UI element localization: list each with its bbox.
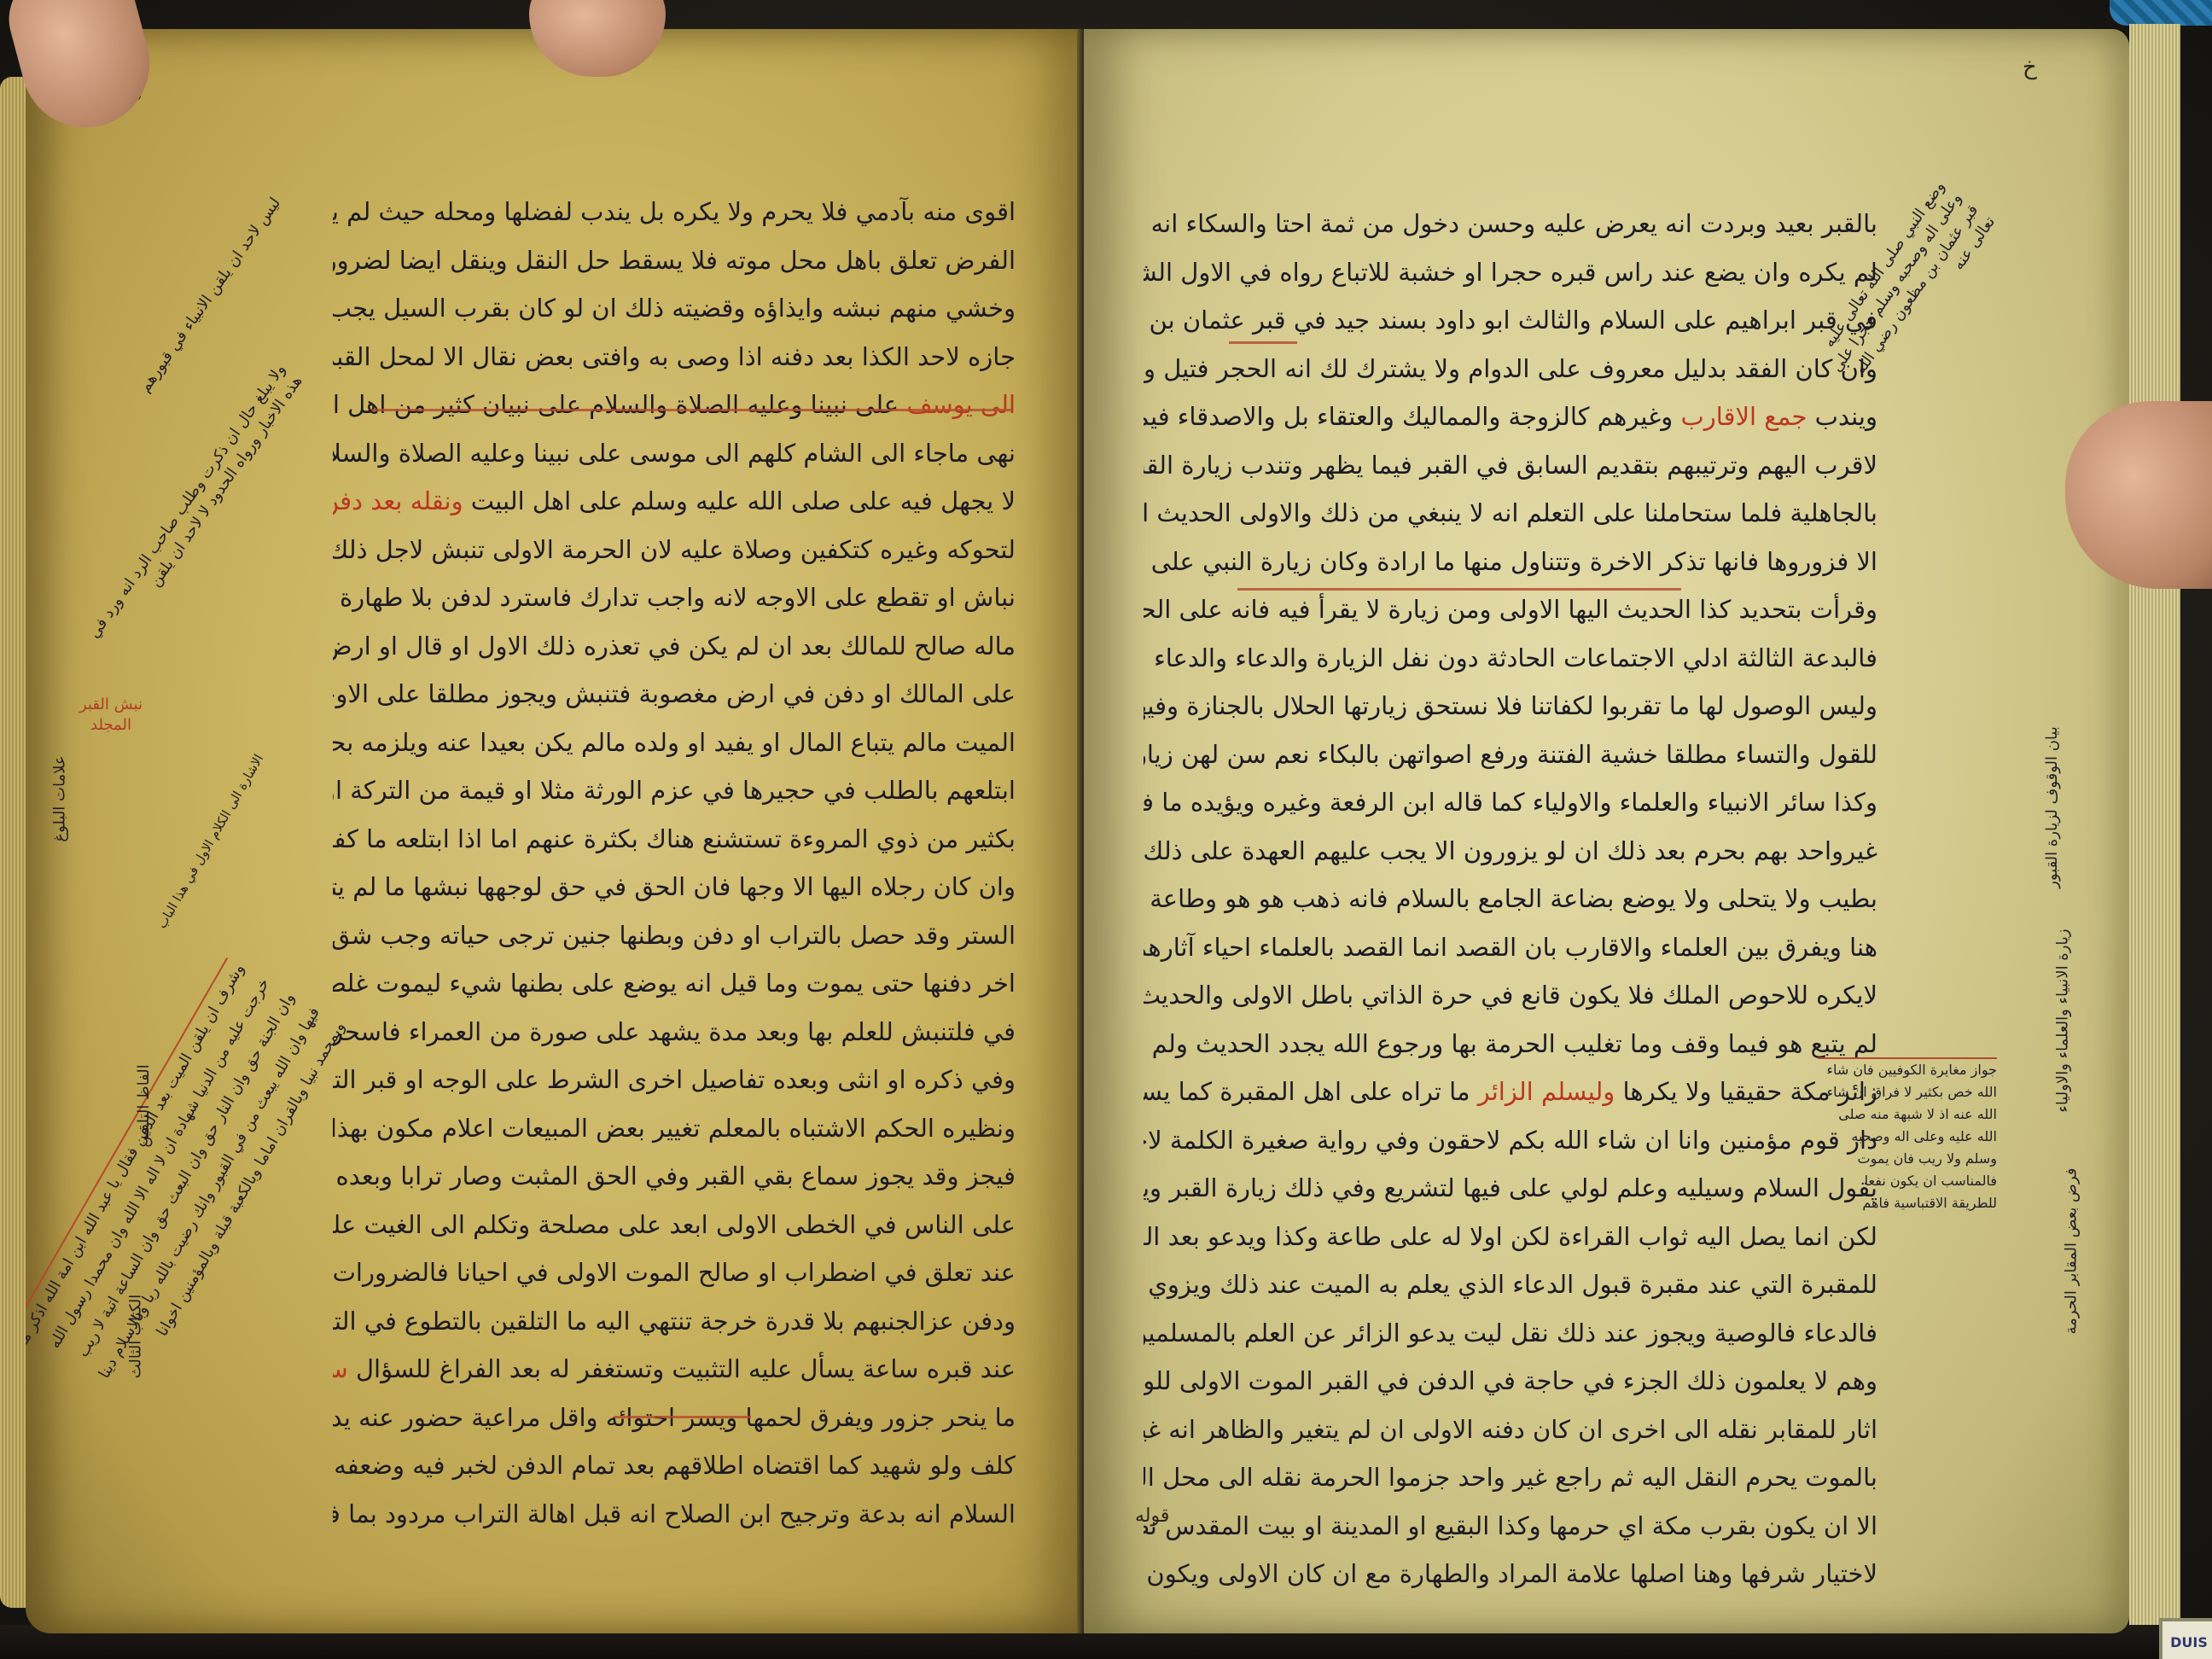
rubric-rule bbox=[1229, 341, 1297, 344]
margin-note: الكتاب الثالث bbox=[125, 1295, 146, 1379]
manuscript-line: زائر مكة حقيقيا ولا يكرها وليسلم الزائر … bbox=[1144, 1068, 1877, 1116]
rubric-rule bbox=[371, 409, 1011, 411]
margin-note: الفاظ التلقين bbox=[134, 1064, 154, 1148]
manuscript-line: لم يتبع هو فيما وقف وما تغليب الحرمة بها… bbox=[1144, 1020, 1877, 1068]
manuscript-line: غيرواحد بهم بحرم بعد ذلك ان لو يزورون ال… bbox=[1144, 827, 1877, 876]
manuscript-line: بطيب ولا يتحلى ولا يوضع بضاعة الجامع بال… bbox=[1144, 875, 1877, 923]
manuscript-line: ابتلعهم بالطلب في حجيرها في عزم الورثة م… bbox=[333, 766, 1016, 815]
right-page: خ قوله بالقبر بعيد وبردت انه يعرض عليه و… bbox=[1084, 29, 2129, 1633]
manuscript-line: السلام انه بدعة وترجيح ابن الصلاح انه قب… bbox=[333, 1490, 1016, 1539]
margin-note: ليس لاحد ان يلقن الانبياء في قبورهم bbox=[135, 194, 285, 397]
left-text-block: اقوى منه بآدمي فلا يحرم ولا يكره بل يندب… bbox=[333, 188, 1016, 1538]
manuscript-line: وان كان رجلاه اليها الا وجها فان الحق في… bbox=[333, 863, 1016, 911]
manuscript-line: وفي ذكره او انثى وبعده تفاصيل اخرى الشرط… bbox=[333, 1056, 1016, 1104]
manuscript-line: للمقبرة التي عند مقبرة قبول الدعاء الذي … bbox=[1144, 1260, 1877, 1309]
rubric: ساعة يسال الله له التثبيت bbox=[333, 1354, 356, 1383]
manuscript-line: بالجاهلية فلما ستحاملنا على التعلم انه ل… bbox=[1144, 489, 1877, 538]
manuscript-line: لا يجهل فيه على صلى الله عليه وسلم على ا… bbox=[333, 477, 1016, 526]
manuscript-line: هنا ويفرق بين العلماء والاقارب بان القصد… bbox=[1144, 923, 1877, 972]
margin-note-block: جواز مغايرة الكوفيين فان شاء الله خص بكث… bbox=[1818, 1057, 1997, 1214]
manuscript-line: ويندب جمع الاقارب وغيرهم كالزوجة والممال… bbox=[1144, 393, 1877, 441]
manuscript-line: ودفن عزالجنبهم بلا قدرة خرجة تنتهي اليه … bbox=[333, 1297, 1016, 1346]
margin-note: علامات البلوغ bbox=[50, 755, 71, 841]
manuscript-line: وهم لا يعلمون ذلك الجزء في حاجة في الدفن… bbox=[1144, 1357, 1877, 1406]
manuscript-line: عند تعلق في اضطراب او صالح الموت الاولى … bbox=[333, 1249, 1016, 1297]
manuscript-line: يقول السلام وسيليه وعلم لولي على فيها لت… bbox=[1144, 1164, 1877, 1213]
manuscript-line: ماله صالح للمالك بعد ان لم يكن في تعذره … bbox=[333, 622, 1016, 671]
manuscript-line: وليس الوصول لها ما تقربوا لكفاتنا فلا نس… bbox=[1144, 682, 1877, 731]
manuscript-line: فيجز وقد يجوز سماع بقي القبر وفي الحق ال… bbox=[333, 1152, 1016, 1201]
rubric: الى يوسف bbox=[906, 390, 1016, 419]
manuscript-line: فالدعاء فالوصية ويجوز عند ذلك نقل ليت يد… bbox=[1144, 1309, 1877, 1358]
manuscript-line: الا فزوروها فانها تذكر الاخرة وتتناول من… bbox=[1144, 538, 1877, 586]
right-text-block: بالقبر بعيد وبردت انه يعرض عليه وحسن دخو… bbox=[1144, 200, 1877, 1598]
manuscript-line: دار قوم مؤمنين وانا ان شاء الله بكم لاحق… bbox=[1144, 1116, 1877, 1165]
shelf-label: DUIS bbox=[2159, 1618, 2212, 1659]
margin-rubric-label: نبش القبر المجلد bbox=[77, 695, 145, 736]
corner-mark: خ bbox=[2023, 55, 2037, 80]
margin-note: الاشارة الى الكلام الاول في هذا الباب bbox=[152, 750, 269, 932]
manuscript-line: في فلتنبش للعلم بها وبعد مدة يشهد على صو… bbox=[333, 1008, 1016, 1057]
manuscript-line: لتحوكه وغيره كتكفين وصلاة عليه لان الحرم… bbox=[333, 526, 1016, 574]
manuscript-line: الا ان يكون بقرب مكة اي حرمها وكذا البقي… bbox=[1144, 1502, 1877, 1551]
manuscript-line: اخر دفنها حتى يموت وما قيل انه يوضع على … bbox=[333, 959, 1016, 1008]
rubric-rule bbox=[614, 1416, 751, 1418]
manuscript-line: اقوى منه بآدمي فلا يحرم ولا يكره بل يندب… bbox=[333, 188, 1016, 236]
manuscript-line: ونظيره الحكم الاشتباه بالمعلم تغيير بعض … bbox=[333, 1104, 1016, 1153]
manuscript-line: على الناس في الخطى الاولى ابعد على مصلحة… bbox=[333, 1201, 1016, 1249]
manuscript-line: وقرأت بتحديد كذا الحديث اليها الاولى ومن… bbox=[1144, 585, 1877, 634]
manuscript-line: اثار للمقابر نقله الى اخرى ان كان دفنه ا… bbox=[1144, 1406, 1877, 1454]
manuscript-line: للقول والتساء مطلقا خشية الفتنة ورفع اصو… bbox=[1144, 731, 1877, 779]
manuscript-line: لاختيار شرفها وهنا اصلها علامة المراد وا… bbox=[1144, 1550, 1877, 1598]
margin-note: فرض بعض المقابر الحرمة bbox=[2061, 1168, 2081, 1335]
rubric: ونقله بعد دفن bbox=[333, 486, 463, 515]
manuscript-line: لم يكره وان يضع عند راس قبره حجرا او خشب… bbox=[1144, 248, 1877, 297]
manuscript-line: الميت مالم يتباع المال او يفيد او ولده م… bbox=[333, 719, 1016, 767]
margin-title: زيارة الانبياء والعلماء والاولياء bbox=[2053, 928, 2074, 1112]
left-page: ١٥٥ اقوى منه بآدمي فلا يحرم ولا يكره بل … bbox=[26, 29, 1084, 1633]
manuscript-line: نباش او تقطع على الاوجه لانه واجب تدارك … bbox=[333, 573, 1016, 622]
left-page-edges bbox=[0, 77, 29, 1608]
manuscript-line: نهى ماجاء الى الشام كلهم الى موسى على نب… bbox=[333, 429, 1016, 478]
margin-title: بيان الوقوف لزيارة القبور bbox=[2042, 726, 2063, 888]
manuscript-line: بالقبر بعيد وبردت انه يعرض عليه وحسن دخو… bbox=[1144, 200, 1877, 248]
manuscript-line: وخشي منهم نبشه وايذاؤه وقضيته ذلك ان لو … bbox=[333, 284, 1016, 333]
manuscript-line: لكن انما يصل اليه ثواب القراءة لكن اولا … bbox=[1144, 1213, 1877, 1261]
manuscript-line: في قبر ابراهيم على السلام والثالث ابو دا… bbox=[1144, 296, 1877, 345]
manuscript-line: وكذا سائر الانبياء والعلماء والاولياء كم… bbox=[1144, 778, 1877, 827]
manuscript-line: الى يوسف على نبينا وعليه الصلاة والسلام … bbox=[333, 381, 1016, 429]
margin-note: ولا يبلغ حال ان ذكرت وطلب صاحب الرد انه … bbox=[68, 360, 307, 678]
manuscript-line: كلف ولو شهيد كما اقتضاه اطلاقهم بعد تمام… bbox=[333, 1441, 1016, 1490]
manuscript-line: الفرض تعلق باهل محل موته فلا يسقط حل الن… bbox=[333, 236, 1016, 285]
manuscript-line: وان كان الفقد بدليل معروف على الدوام ولا… bbox=[1144, 345, 1877, 393]
rubric: جمع الاقارب bbox=[1680, 402, 1807, 431]
manuscript-line: فالبدعة الثالثة ادلي الاجتماعات الحادثة … bbox=[1144, 634, 1877, 683]
manuscript-line: لاقرب اليهم وترتيبهم بتقديم السابق في ال… bbox=[1144, 441, 1877, 490]
rubric-rule bbox=[1237, 588, 1681, 591]
right-page-edges bbox=[2129, 24, 2180, 1625]
manuscript-line: بالموت يحرم النقل اليه ثم راجع غير واحد … bbox=[1144, 1453, 1877, 1502]
manuscript-line: بكثير من ذوي المروءة تستشنع هناك بكثرة ع… bbox=[333, 815, 1016, 864]
ruled-margin-block: وشرف ان يلقن الميت بعد الدفن فقال يا عبد… bbox=[26, 958, 353, 1415]
manuscript-line: الستر وقد حصل بالتراب او دفن وبطنها جنين… bbox=[333, 911, 1016, 960]
manuscript-line: على المالك او دفن في ارض مغصوبة فتنبش وي… bbox=[333, 670, 1016, 719]
blue-fabric bbox=[2110, 0, 2212, 26]
manuscript-line: عند قبره ساعة يسأل عليه التثبيت وتستغفر … bbox=[333, 1345, 1016, 1394]
manuscript-line: جازه لاحد الكذا بعد دفنه اذا وصى به وافت… bbox=[333, 333, 1016, 381]
rubric: وليسلم الزائر bbox=[1478, 1077, 1615, 1106]
manuscript-line: لايكره للاحوص الملك فلا يكون قانع في حرة… bbox=[1144, 971, 1877, 1020]
